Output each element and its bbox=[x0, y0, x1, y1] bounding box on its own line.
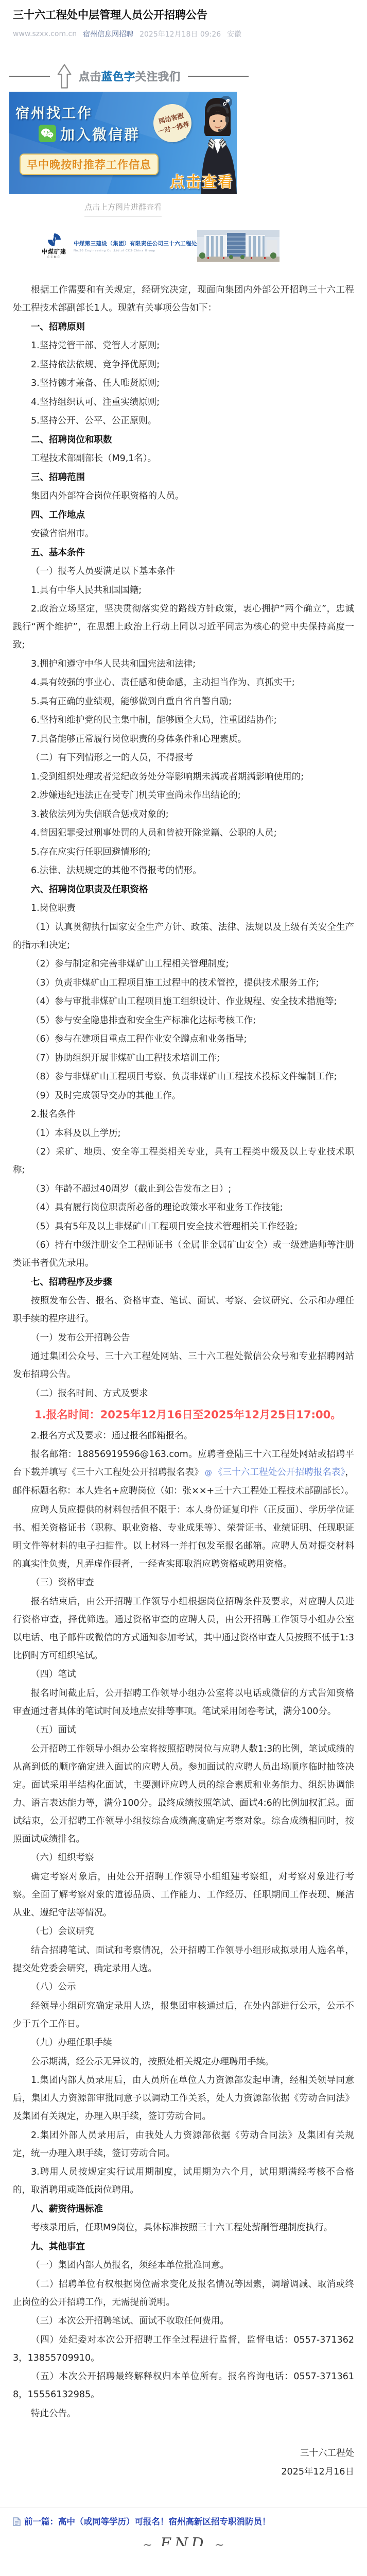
byline-account-link[interactable]: 宿州信息网招聘 bbox=[83, 29, 133, 39]
paragraph: （1）本科及以上学历; bbox=[13, 1125, 354, 1143]
paragraph: 通过集团公众号、三十六工程处网站、三十六工程处微信公众号和专业招聘网站发布招聘公… bbox=[13, 1348, 354, 1384]
banner-title-line1: 宿州找工作 bbox=[15, 102, 93, 122]
paragraph: （6）持有中级注册安全工程师证书（金属非金属矿山安全）或一级建造师等注册类证书者… bbox=[13, 1236, 354, 1273]
paragraph: （二）有下列情形之一的人员，不得报考 bbox=[13, 749, 354, 767]
paragraph: 2.报名方式及要求：通过报名邮箱报名。 bbox=[13, 1427, 354, 1445]
paragraph: 2.涉嫌违纪违法正在受专门机关审查尚未作出结论的; bbox=[13, 787, 354, 805]
paragraph: 6.法律、法规规定的其他不得报考的情形。 bbox=[13, 862, 354, 880]
paragraph: 1.集团内部人员录用后，由人员所在单位人力资源部发起申请，经相关领导同意后，集团… bbox=[13, 2072, 354, 2126]
byline-region: 安徽 bbox=[227, 29, 241, 39]
paragraph: 报名时间截止后，公开招聘工作领导小组办公室将以电话或微信的方式告知资格审查通过者… bbox=[13, 1685, 354, 1721]
paragraph: 报名结束后，由公开招聘工作领导小组根据岗位招聘条件及要求，对应聘人员进行资格审查… bbox=[13, 1593, 354, 1665]
banner-title-line2: 加入微信群 bbox=[60, 124, 140, 144]
paragraph: 工程技术部副部长（M9,1名）。 bbox=[13, 450, 354, 468]
paragraph: （四）处纪委对本次公开招聘工作全过程进行监督，监督电话：0557-3713623… bbox=[13, 2331, 354, 2367]
paragraph: 5.坚持公开、公平、公正原则。 bbox=[13, 412, 354, 430]
article-body: 根据工作需要和有关规定，经研究决定，现面向集团内外部公开招聘三十六工程处工程技术… bbox=[0, 281, 367, 2481]
wechat-group-banner-image[interactable]: 宿州找工作 加入微信群 早中晚按时推荐工作信息 网站客服 一对一推荐 点 bbox=[9, 92, 237, 194]
paragraph: （3）负责非煤矿山工程项目施工过程中的技术管控，提供技术服务工作; bbox=[13, 974, 354, 992]
follow-prompt-text: 点击蓝色字关注我们 bbox=[79, 69, 181, 84]
paragraph: 按照发布公告、报名、资格审查、笔试、面试、考察、会议研究、公示和办理任职手续的程… bbox=[13, 1292, 354, 1328]
office-building-photo bbox=[197, 230, 279, 262]
document-icon bbox=[13, 2517, 21, 2526]
paragraph: （一）报考人员要满足以下基本条件 bbox=[13, 563, 354, 581]
application-form-link[interactable]: 《三十六工程处公开招聘报名表》 bbox=[214, 1467, 345, 1478]
section-heading: 五、基本条件 bbox=[13, 544, 354, 562]
paragraph: （四）笔试 bbox=[13, 1666, 354, 1684]
prev-article-link[interactable]: 前一篇：高中（或同等学历）可报名！宿州高新区招专职消防员！ bbox=[13, 2516, 354, 2529]
paragraph: 5.具有正确的业绩观，能够做到自重自省自警自励; bbox=[13, 693, 354, 711]
section-heading: 八、薪资待遇标准 bbox=[13, 2200, 354, 2218]
blue-text-highlight: 蓝色字 bbox=[101, 71, 135, 83]
ccmc-logo-icon bbox=[47, 233, 61, 247]
paragraph: （一）集团内部人员报名，须经本单位批准同意。 bbox=[13, 2257, 354, 2275]
up-arrow-icon bbox=[57, 63, 72, 90]
signature-line: 三十六工程处 bbox=[13, 2445, 354, 2463]
paragraph: 3.坚持德才兼备、任人唯贤原则; bbox=[13, 375, 354, 393]
paragraph: 特此公告。 bbox=[13, 2405, 354, 2423]
paragraph: （六）组织考察 bbox=[13, 1849, 354, 1867]
paragraph: （九）办理任职手续 bbox=[13, 2034, 354, 2052]
paragraph: 1.具有中华人民共和国国籍; bbox=[13, 582, 354, 600]
byline-datetime: 2025年12月18日 09:26 bbox=[139, 29, 221, 39]
paragraph: 公开招聘工作领导小组办公室将按照招聘岗位与应聘人数1:3的比例，笔试成绩的从高到… bbox=[13, 1740, 354, 1849]
company-name: 中煤第三建设（集团）有限责任公司三十六工程处 No.36 Engineering… bbox=[74, 240, 197, 252]
section-heading: 六、招聘岗位职责及任职资格 bbox=[13, 881, 354, 899]
paragraph: 4.曾因犯罪受过刑事处罚的人员和曾被开除党籍、公职的人员; bbox=[13, 824, 354, 842]
paragraph: （9）及时完成领导交办的其他工作。 bbox=[13, 1087, 354, 1105]
paragraph: 4.具有较强的事业心、责任感和使命感，主动担当作为、真抓实干; bbox=[13, 674, 354, 692]
paragraph: 2.政治立场坚定，坚决贯彻落实党的路线方针政策，衷心拥护“两个确立”，忠诚践行“… bbox=[13, 600, 354, 654]
paragraph: 结合招聘笔试、面试和考察情况，公开招聘工作领导小组形成拟录用人选名单，提交处党委… bbox=[13, 1942, 354, 1978]
paragraph: （4）参与审批非煤矿山工程项目施工组织设计、作业规程、安全技术措施等; bbox=[13, 993, 354, 1011]
banner-caption: 点击上方图片进群查看 bbox=[9, 201, 237, 216]
paragraph: 2.坚持依法依规、竞争择优原则; bbox=[13, 356, 354, 374]
signature-line: 2025年12月16日 bbox=[13, 2463, 354, 2481]
paragraph: （5）具有5年及以上非煤矿山工程项目安全技术管理相关工作经验; bbox=[13, 1218, 354, 1236]
section-heading: 一、招聘原则 bbox=[13, 318, 354, 336]
section-heading: 二、招聘岗位和职数 bbox=[13, 431, 354, 449]
end-mark: ~ END ~ bbox=[0, 2535, 367, 2546]
paragraph: 5.存在应实行任职回避情形的; bbox=[13, 843, 354, 861]
banner-ribbon-text: 早中晚按时推荐工作信息 bbox=[20, 154, 159, 175]
paragraph: 3.被依法列为失信联合惩戒对象的; bbox=[13, 806, 354, 824]
paragraph: （7）协助组织开展非煤矿山工程技术培训工作; bbox=[13, 1049, 354, 1067]
paragraph: 1.受到组织处理或者党纪政务处分等影响期未满或者期满影响使用的; bbox=[13, 768, 354, 786]
page-title: 三十六工程处中层管理人员公开招聘公告 bbox=[13, 7, 354, 23]
paragraph: 3.聘用人员按规定实行试用期制度，试用期为六个月，试用期满经考核不合格的，取消聘… bbox=[13, 2163, 354, 2199]
byline-site-url: www.szxx.com.cn bbox=[13, 30, 77, 38]
paragraph: 2.集团外部人员录用后，由我处人力资源部依据《劳动合同法》及集团有关规定，统一办… bbox=[13, 2127, 354, 2163]
attachment-link-icon[interactable]: @ bbox=[205, 1469, 212, 1477]
company-letterhead: 中煤矿建 CCMC 中煤第三建设（集团）有限责任公司三十六工程处 No.36 E… bbox=[38, 230, 243, 262]
paragraph: 7.具备能够正常履行岗位职责的身体条件和心理素质。 bbox=[13, 731, 354, 749]
follow-banner: 点击蓝色字关注我们 bbox=[9, 63, 249, 90]
paragraph: 确定考察对象后，由处公开招聘工作领导小组组建考察组，对考察对象进行考察。全面了解… bbox=[13, 1868, 354, 1922]
paragraph: （6）参与在建项目重点工程作业安全蹲点和业务指导; bbox=[13, 1030, 354, 1048]
footer-divider bbox=[0, 2507, 367, 2507]
paragraph: 报名邮箱：18856919596@163.com。应聘者登陆三十六工程处网站或招… bbox=[13, 1446, 354, 1500]
paragraph: 集团内外部符合岗位任职资格的人员。 bbox=[13, 487, 354, 505]
paragraph: 2.报名条件 bbox=[13, 1106, 354, 1124]
paragraph: （七）会议研究 bbox=[13, 1923, 354, 1941]
paragraph: 公示期满，经公示无异议的，按照处相关规定办理聘用手续。 bbox=[13, 2053, 354, 2071]
paragraph: 4.坚持组织认可、注重实绩原则; bbox=[13, 394, 354, 412]
paragraph: （3）年龄不超过40周岁（截止到公告发布之日）; bbox=[13, 1180, 354, 1198]
section-heading: 三、招聘范围 bbox=[13, 469, 354, 487]
paragraph: 安徽省宿州市。 bbox=[13, 525, 354, 543]
paragraph: （8）参与非煤矿山工程项目考察、负责非煤矿山工程技术投标文件编制工作; bbox=[13, 1068, 354, 1086]
paragraph: 经领导小组研究确定录用人选，报集团审核通过后，在处内部进行公示，公示不少于五个工… bbox=[13, 1997, 354, 2033]
paragraph: （三）本次公开招聘笔试、面试不收取任何费用。 bbox=[13, 2312, 354, 2330]
paragraph: 根据工作需要和有关规定，经研究决定，现面向集团内外部公开招聘三十六工程处工程技术… bbox=[13, 281, 354, 317]
deadline-highlight: 1.报名时间：2025年12月16日至2025年12月25日17:00。 bbox=[13, 1403, 354, 1426]
paragraph: 3.拥护和遵守中华人民共和国宪法和法律; bbox=[13, 655, 354, 673]
banner-cta-text: 点击查看 bbox=[170, 171, 234, 192]
paragraph: （五）本次公开招聘最终解释权归本单位所有。报名咨询电话：0557-3713618… bbox=[13, 2368, 354, 2404]
paragraph: （1）认真贯彻执行国家安全生产方针、政策、法律、法规以及上级有关安全生产的指示和… bbox=[13, 919, 354, 955]
paragraph: 应聘人员应提供的材料包括但不限于：本人身份证复印件（正反面）、学历学位证书、相关… bbox=[13, 1501, 354, 1573]
wechat-icon bbox=[39, 125, 56, 142]
left-divider-line bbox=[9, 76, 50, 77]
paragraph: 考核录用后，任职M9岗位，具体标准按照三十六工程处薪酬管理制度执行。 bbox=[13, 2219, 354, 2237]
paragraph: （二）报名时间、方式及要求 bbox=[13, 1385, 354, 1403]
company-logo: 中煤矿建 CCMC bbox=[38, 233, 71, 259]
byline: www.szxx.com.cn 宿州信息网招聘 2025年12月18日 09:2… bbox=[13, 29, 354, 39]
paragraph: （八）公示 bbox=[13, 1978, 354, 1996]
paragraph: （五）面试 bbox=[13, 1721, 354, 1739]
paragraph: （2）采矿、地质、安全等工程类相关专业，具有工程类中级及以上专业技术职称; bbox=[13, 1143, 354, 1179]
paragraph: 1.岗位职责 bbox=[13, 900, 354, 918]
paragraph: （4）具有履行岗位职责所必备的理论政策水平和业务工作技能; bbox=[13, 1199, 354, 1217]
paragraph: （一）发布公开招聘公告 bbox=[13, 1329, 354, 1347]
prev-article-label: 前一篇：高中（或同等学历）可报名！宿州高新区招专职消防员！ bbox=[24, 2516, 271, 2529]
section-heading: 七、招聘程序及步骤 bbox=[13, 1274, 354, 1292]
section-heading: 九、其他事宜 bbox=[13, 2238, 354, 2256]
paragraph: （2）参与制定和完善非煤矿山工程相关管理制度; bbox=[13, 955, 354, 973]
paragraph: （二）招聘单位有权根据岗位需求变化及报名情况等因素，调增调减、取消或终止岗位的公… bbox=[13, 2276, 354, 2312]
paragraph: （5）参与安全隐患排查和安全生产标准化达标考核工作; bbox=[13, 1012, 354, 1030]
section-heading: 四、工作地点 bbox=[13, 506, 354, 524]
paragraph: 1.坚持党管干部、党管人才原则; bbox=[13, 337, 354, 355]
right-divider-line bbox=[188, 76, 249, 77]
paragraph: 6.坚持和维护党的民主集中制，能够顾全大局，注重团结协作; bbox=[13, 711, 354, 730]
paragraph: （三）资格审查 bbox=[13, 1574, 354, 1592]
